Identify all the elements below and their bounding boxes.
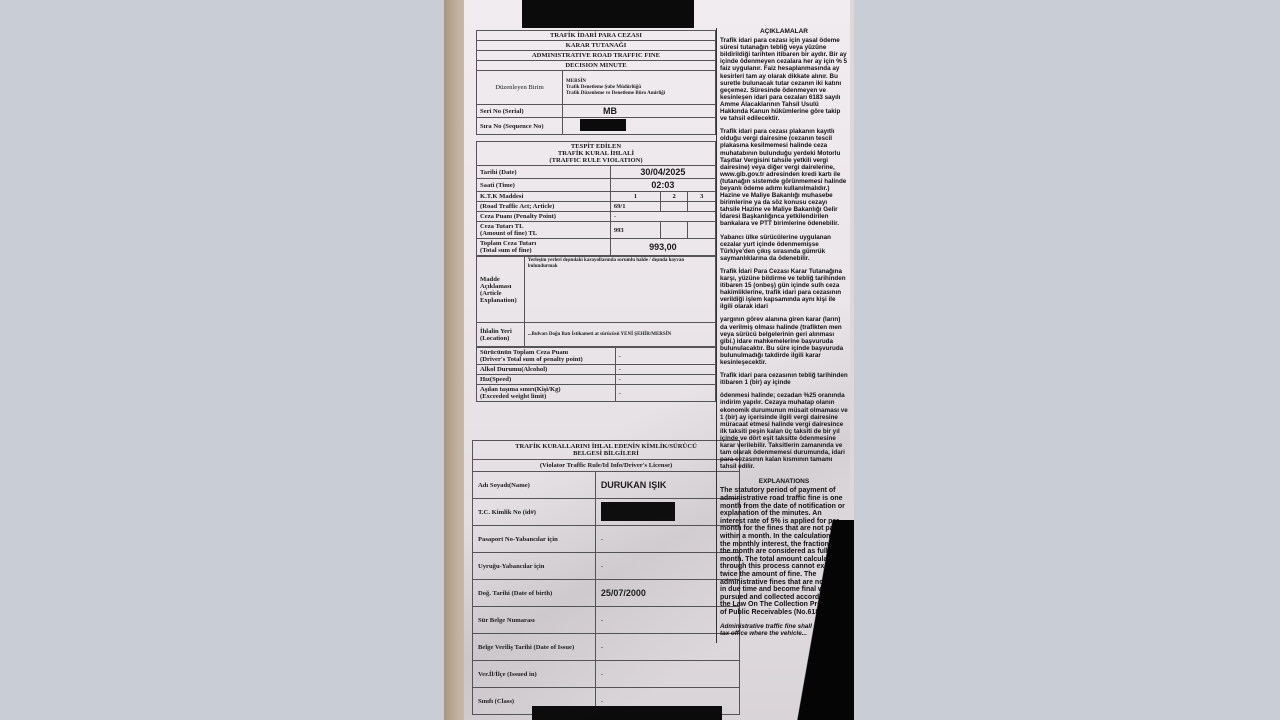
article-label: (Road Traffic Act; Article) — [477, 202, 611, 212]
article-col-1: 1 — [610, 192, 660, 202]
total-label: Toplam Ceza Tutarı (Total sum of fine) — [477, 239, 611, 256]
serial-label: Seri No (Serial) — [477, 105, 563, 118]
paper-curl-shadow — [794, 520, 854, 720]
location-text: ...Bulvarı Doğu Batı İstikameti at sürüc… — [524, 323, 715, 347]
id-label: T.C. Kimlik No (id#) — [473, 499, 596, 526]
form-subtitle-en: DECISION MINUTE — [477, 61, 716, 71]
speed-label: Hız(Speed) — [477, 375, 616, 385]
issuing-unit-value: MERSİN Trafik Denetleme Şube Müdürlüğü T… — [563, 71, 716, 105]
label-line: Açıklaması — [480, 283, 521, 290]
table-row: Uyruğu-Yabancılar için - — [473, 553, 740, 580]
violator-heading-2: BELGESİ BİLGİLERİ — [478, 450, 734, 457]
issued-in-value: - — [595, 661, 739, 688]
amount-value — [660, 222, 688, 239]
violation-table: TESPİT EDİLEN TRAFİK KURAL İHLALİ (TRAFF… — [476, 141, 716, 256]
amount-label: Ceza Tutarı TL (Amount of fine) TL — [477, 222, 611, 239]
violator-heading: TRAFİK KURALLARINI İHLAL EDENİN KİMLİK/S… — [473, 441, 740, 460]
redacted-sequence — [580, 119, 626, 131]
table-row: Ver.İl/İlçe (Issued in) - — [473, 661, 740, 688]
explanation-paragraph: Trafik idari para cezasının tebliğ tarih… — [720, 372, 848, 386]
total-label-1: Toplam Ceza Tutarı — [480, 240, 607, 247]
violation-heading-3: (TRAFFIC RULE VIOLATION) — [480, 157, 712, 164]
amount-value — [688, 222, 716, 239]
table-row: T.C. Kimlik No (id#) — [473, 499, 740, 526]
time-label: Saati (Time) — [477, 179, 611, 192]
explanations-tr-heading: AÇIKLAMALAR — [720, 28, 848, 35]
total-fine: 993,00 — [610, 239, 715, 256]
redacted-header-block — [522, 0, 694, 28]
license-number-label: Sür Belge Numarası — [473, 607, 596, 634]
date-label: Tarihi (Date) — [477, 166, 611, 179]
document-photo: TRAFİK İDARİ PARA CEZASI KARAR TUTANAĞI … — [444, 0, 854, 720]
location-label-1: İhlalin Yeri — [480, 328, 521, 335]
explanation-paragraph: Trafik idari para cezası plakanın kayıtl… — [720, 128, 848, 227]
article-value — [688, 202, 716, 212]
serial-value: MB — [563, 105, 716, 118]
violation-heading-2: TRAFİK KURAL İHLALİ — [480, 150, 712, 157]
driver-points-label: Sürücünün Toplam Ceza Puanı (Driver's To… — [477, 348, 616, 365]
redacted-footer-block — [532, 706, 722, 720]
sequence-value — [563, 118, 716, 135]
table-row: Sür Belge Numarası - — [473, 607, 740, 634]
table-row: Pasaport No-Yabancılar için - — [473, 526, 740, 553]
alcohol-value: - — [615, 365, 715, 375]
explanation-table: Madde Açıklaması (Article Explanation) Y… — [476, 256, 716, 347]
location-label-2: (Location) — [480, 335, 521, 342]
explanation-paragraph: Trafik idari para cezası için yasal ödem… — [720, 37, 848, 122]
explanation-paragraph: Trafik İdari Para Cezası Karar Tutanağın… — [720, 268, 848, 311]
explanation-paragraph: ödenmesi halinde; cezadan %25 oranında i… — [720, 392, 848, 470]
violation-time: 02:03 — [610, 179, 715, 192]
alcohol-label: Alkol Durumu(Alcohol) — [477, 365, 616, 375]
table-row: Doğ. Tarihi (Date of birth) 25/07/2000 — [473, 580, 740, 607]
table-row: Belge Veriliş Tarihi (Date of Issue) - — [473, 634, 740, 661]
penalty-point-value: - — [610, 212, 715, 222]
article-value — [660, 202, 688, 212]
redacted-id — [601, 502, 675, 521]
fine-header-table: TRAFİK İDARİ PARA CEZASI KARAR TUTANAĞI … — [476, 30, 716, 135]
violator-heading-1: TRAFİK KURALLARINI İHLAL EDENİN KİMLİK/S… — [478, 443, 734, 450]
nationality-label: Uyruğu-Yabancılar için — [473, 553, 596, 580]
driver-points-label-2: (Driver's Total sum of penalty point) — [480, 356, 612, 363]
location-label: İhlalin Yeri (Location) — [477, 323, 525, 347]
amount-label-2: (Amount of fine) TL — [480, 230, 607, 237]
driver-points-value: - — [615, 348, 715, 365]
violation-date: 30/04/2025 — [610, 166, 715, 179]
explanations-en-heading: EXPLANATIONS — [720, 478, 848, 485]
issued-in-label: Ver.İl/İlçe (Issued in) — [473, 661, 596, 688]
explanation-paragraph: Yabancı ülke sürücülerine uygulanan ceza… — [720, 234, 848, 262]
label-line: Explanation) — [480, 297, 521, 304]
violator-heading-en: (Violator Traffic Rule/Id Info/Driver's … — [473, 460, 740, 472]
form-title-tr: TRAFİK İDARİ PARA CEZASI — [477, 31, 716, 41]
total-label-2: (Total sum of fine) — [480, 247, 607, 254]
violator-table: TRAFİK KURALLARINI İHLAL EDENİN KİMLİK/S… — [472, 440, 740, 715]
name-label: Adı Soyadı(Name) — [473, 472, 596, 499]
penalty-point-label: Ceza Puanı (Penalty Point) — [477, 212, 611, 222]
article-col-2: 2 — [660, 192, 688, 202]
weight-label: Aşılan taşıma sınırı(Kişi/Kg) (Exceeded … — [477, 385, 616, 402]
violation-heading: TESPİT EDİLEN TRAFİK KURAL İHLALİ (TRAFF… — [477, 142, 716, 166]
explanation-paragraph: yargının görev alanına giren karar (ları… — [720, 316, 848, 366]
violator-form: TRAFİK KURALLARINI İHLAL EDENİN KİMLİK/S… — [472, 440, 740, 715]
fine-form: TRAFİK İDARİ PARA CEZASI KARAR TUTANAĞI … — [476, 30, 716, 402]
sequence-label: Sıra No (Sequence No) — [477, 118, 563, 135]
article-col-3: 3 — [688, 192, 716, 202]
weight-label-2: (Exceeded weight limit) — [480, 393, 612, 400]
label-line: Madde — [480, 276, 521, 283]
weight-label-1: Aşılan taşıma sınırı(Kişi/Kg) — [480, 386, 612, 393]
driver-points-label-1: Sürücünün Toplam Ceza Puanı — [480, 349, 612, 356]
violation-heading-1: TESPİT EDİLEN — [480, 143, 712, 150]
paper-sheet: TRAFİK İDARİ PARA CEZASI KARAR TUTANAĞI … — [464, 0, 850, 720]
form-subtitle-tr: KARAR TUTANAĞI — [477, 41, 716, 51]
amount-label-1: Ceza Tutarı TL — [480, 223, 607, 230]
label-line: (Article — [480, 290, 521, 297]
issuing-unit-line: Trafik Düzenleme ve Denetleme Büro Amirl… — [566, 91, 712, 97]
article-explanation-label: Madde Açıklaması (Article Explanation) — [477, 257, 525, 323]
dob-label: Doğ. Tarihi (Date of birth) — [473, 580, 596, 607]
article-value: 69/1 — [610, 202, 660, 212]
article-explanation-text: Yerleşim yerleri dışındaki karayollarınd… — [524, 257, 715, 323]
amount-value: 993 — [610, 222, 660, 239]
extra-info-table: Sürücünün Toplam Ceza Puanı (Driver's To… — [476, 347, 716, 402]
issuing-unit-label: Düzenleyen Birim — [477, 71, 563, 105]
table-row: Adı Soyadı(Name) DURUKAN IŞIK — [473, 472, 740, 499]
speed-value: - — [615, 375, 715, 385]
form-title-en: ADMINISTRATIVE ROAD TRAFFIC FINE — [477, 51, 716, 61]
weight-value: - — [615, 385, 715, 402]
passport-label: Pasaport No-Yabancılar için — [473, 526, 596, 553]
ktk-label: K.T.K Maddesi — [477, 192, 611, 202]
issue-date-label: Belge Veriliş Tarihi (Date of Issue) — [473, 634, 596, 661]
